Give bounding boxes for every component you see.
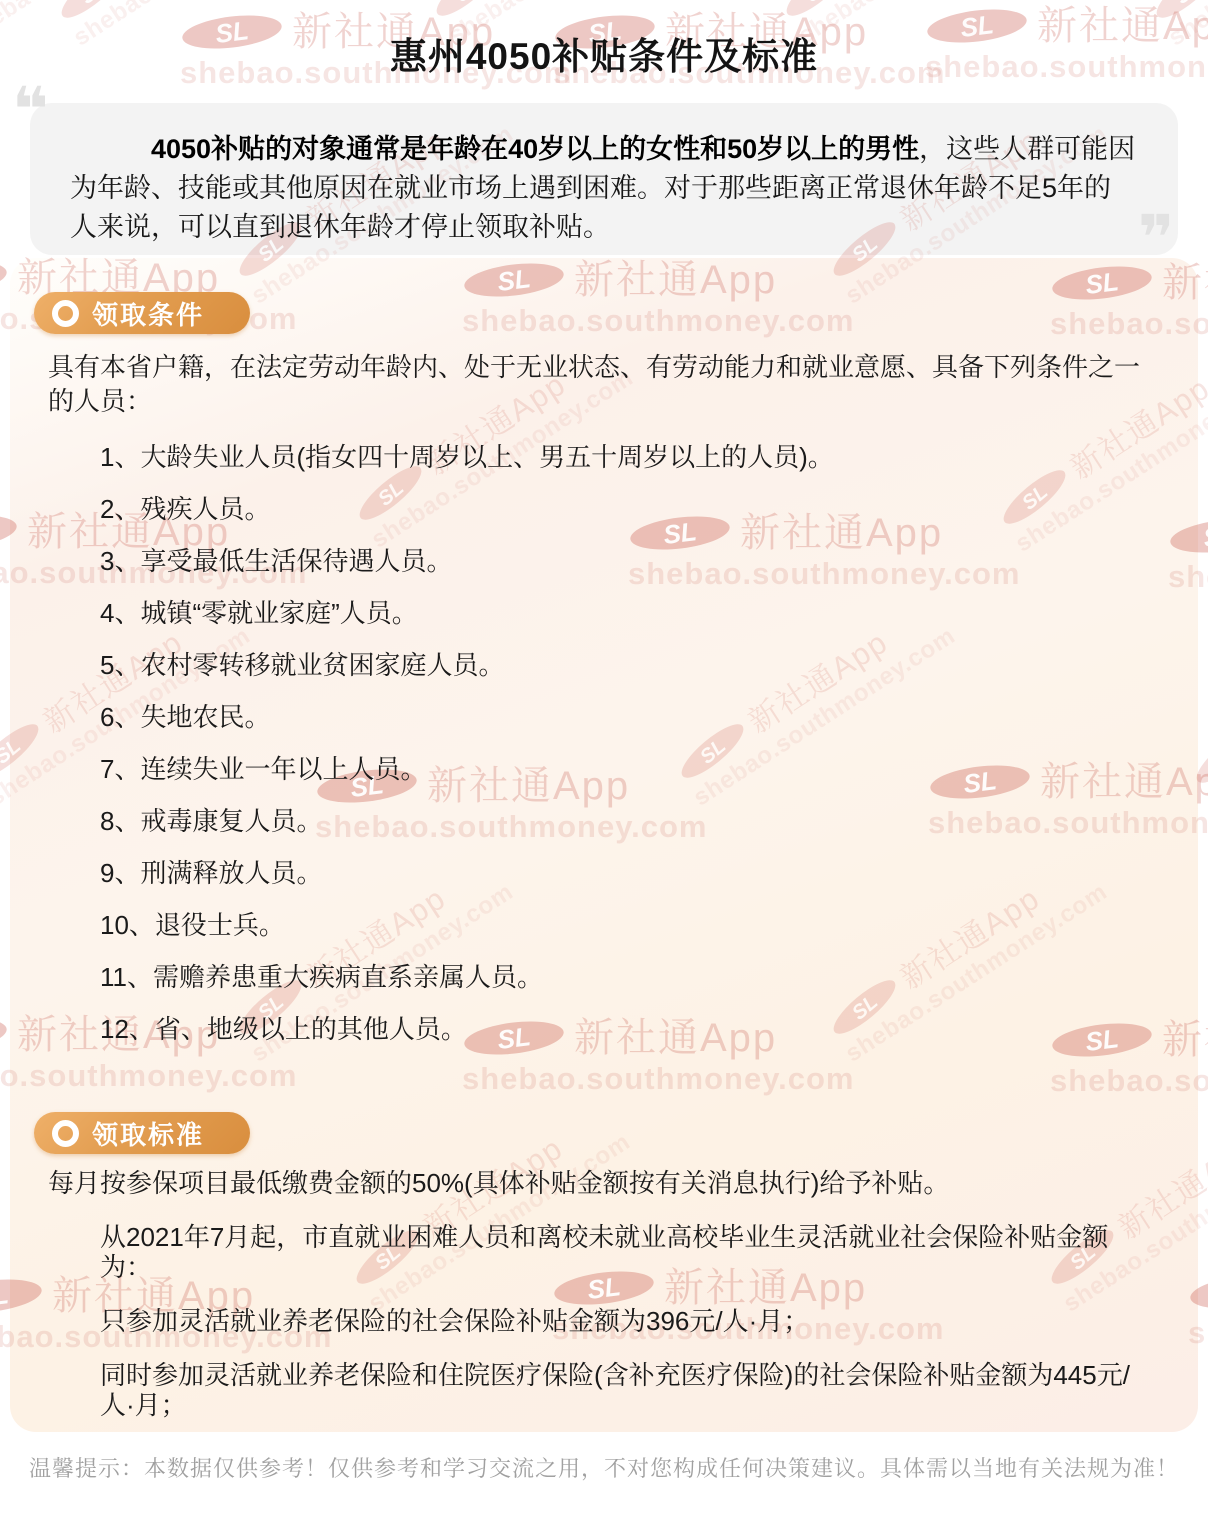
- sl-logo-icon: SL: [427, 0, 507, 26]
- page-title: 惠州4050补贴条件及标准: [0, 26, 1208, 80]
- svg-text:SL: SL: [0, 1279, 10, 1313]
- conditions-intro: 具有本省户籍，在法定劳动年龄内、处于无业状态、有劳动能力和就业意愿、具备下列条件…: [48, 350, 1150, 418]
- standards-paragraph: 从2021年7月起，市直就业困难人员和离校未就业高校毕业生灵活就业社会保险补贴金…: [100, 1222, 1150, 1282]
- sl-logo-icon: SL: [0, 0, 23, 24]
- svg-text:SL: SL: [451, 0, 485, 7]
- condition-item: 3、享受最低生活保待遇人员。: [100, 548, 1150, 574]
- watermark-domain: shebao.southmoney.com: [1204, 628, 1208, 815]
- sl-logo-icon: SL: [777, 0, 857, 26]
- page: { "page": { "title": "惠州4050补贴条件及标准" }, …: [0, 0, 1208, 1518]
- sl-logo-icon: SL: [1147, 0, 1208, 28]
- circle-ring-icon: [52, 1120, 79, 1147]
- svg-text:SL: SL: [76, 0, 110, 9]
- sl-logo-icon: SL: [52, 0, 132, 28]
- condition-item: 5、农村零转移就业贫困家庭人员。: [100, 652, 1150, 678]
- svg-text:SL: SL: [1202, 519, 1208, 553]
- summary-bold-text: 4050补贴的对象通常是年龄在40岁以上的女性和50岁以上的男性: [151, 134, 919, 164]
- condition-item: 8、戒毒康复人员。: [100, 808, 1150, 834]
- condition-item: 1、大龄失业人员(指女四十周岁以上、男五十周岁以上的人员)。: [100, 444, 1150, 470]
- summary-quote-box: 4050补贴的对象通常是年龄在40岁以上的女性和50岁以上的男性，这些人群可能因…: [30, 103, 1178, 247]
- condition-item: 4、城镇“零就业家庭”人员。: [100, 600, 1150, 626]
- section-badge-label: 领取标准: [92, 1115, 204, 1152]
- section-badge-label: 领取条件: [92, 295, 204, 332]
- article-body: 领取条件 具有本省户籍，在法定劳动年龄内、处于无业状态、有劳动能力和就业意愿、具…: [10, 258, 1198, 1432]
- footer-note: 温馨提示：本数据仅供参考！仅供参考和学习交流之用，不对您构成任何决策建议。具体需…: [0, 1452, 1208, 1483]
- standards-paragraph: 同时参加灵活就业养老保险和住院医疗保险(含补充医疗保险)的社会保险补贴金额为44…: [100, 1360, 1150, 1420]
- condition-item: 7、连续失业一年以上人员。: [100, 756, 1150, 782]
- condition-item: 12、省、地级以上的其他人员。: [100, 1016, 1150, 1042]
- condition-item: 11、需赡养患重大疾病直系亲属人员。: [100, 964, 1150, 990]
- standards-paragraph: 每月按参保项目最低缴费金额的50%(具体补贴金额按有关消息执行)给予补贴。: [48, 1168, 1150, 1198]
- section-badge-conditions: 领取条件: [34, 292, 250, 334]
- summary-paragraph: 4050补贴的对象通常是年龄在40岁以上的女性和50岁以上的男性，这些人群可能因…: [70, 130, 1136, 247]
- svg-text:SL: SL: [1171, 0, 1205, 9]
- condition-item: 9、刑满释放人员。: [100, 860, 1150, 886]
- condition-item: 10、退役士兵。: [100, 912, 1150, 938]
- section-badge-standards: 领取标准: [34, 1112, 250, 1154]
- condition-item: 6、失地农民。: [100, 704, 1150, 730]
- svg-text:SL: SL: [801, 0, 835, 7]
- circle-ring-icon: [52, 300, 79, 327]
- condition-item: 2、残疾人员。: [100, 496, 1150, 522]
- standards-paragraph: 只参加灵活就业养老保险的社会保险补贴金额为396元/人·月；: [100, 1306, 1150, 1336]
